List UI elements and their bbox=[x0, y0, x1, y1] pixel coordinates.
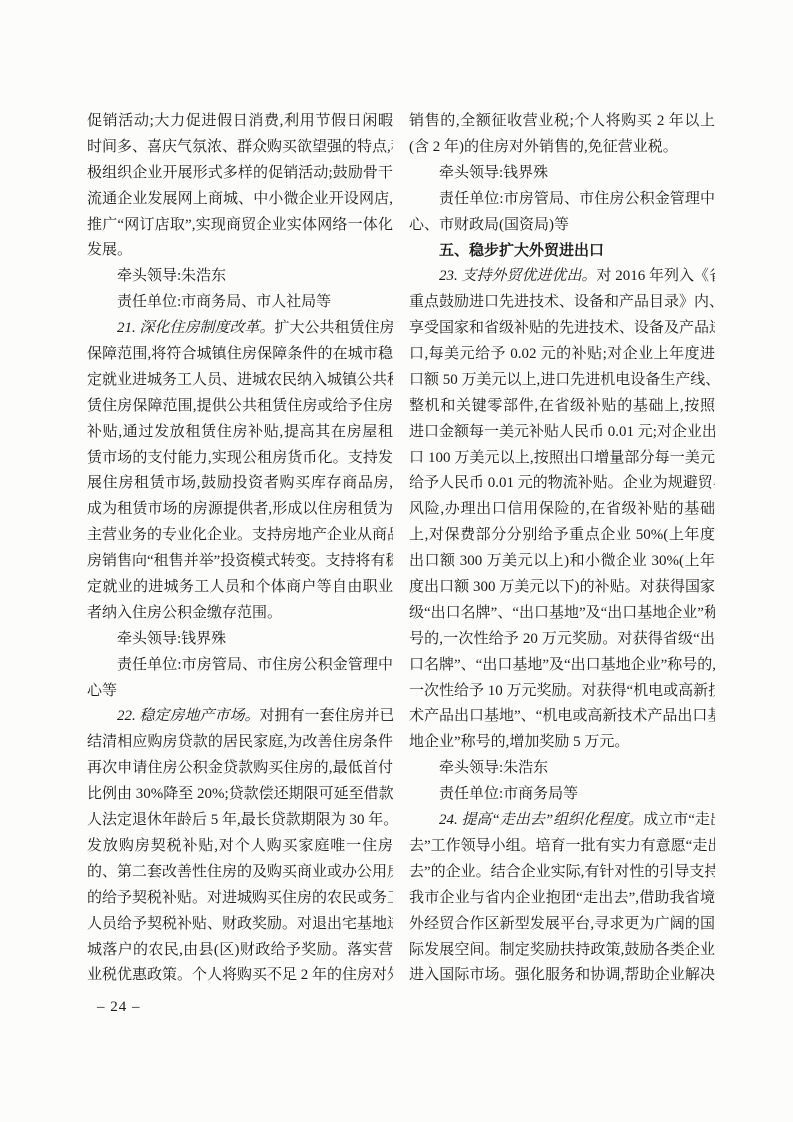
text-run: 口名牌”、“出口基地”及“出口基地企业”称号的, bbox=[409, 657, 715, 673]
right-text-column: 销售的,全额征收营业税;个人将购买 2 年以上(含 2 年)的住房对外销售的,免… bbox=[409, 109, 715, 989]
text-run: 的、第二套改善性住房的及购买商业或办公用房 bbox=[87, 864, 393, 880]
document-page: 促销活动;大力促进假日消费,利用节假日闲暇时间多、喜庆气氛浓、群众购买欲望强的特… bbox=[0, 0, 793, 1122]
text-run: 号的,一次性给予 20 万元奖励。对获得省级“出 bbox=[409, 631, 715, 647]
text-run: 进口金额每一美元补贴人民币 0.01 元;对企业出 bbox=[409, 424, 715, 440]
text-line: 发放购房契税补贴,对个人购买家庭唯一住房 bbox=[87, 834, 393, 860]
text-run: 赁市场的支付能力,实现公租房货币化。支持发 bbox=[87, 450, 393, 466]
text-line: 发展。 bbox=[87, 238, 393, 264]
text-line: 口名牌”、“出口基地”及“出口基地企业”称号的, bbox=[409, 653, 715, 679]
text-run: 发放购房契税补贴,对个人购买家庭唯一住房 bbox=[87, 838, 393, 854]
text-line: 补贴,通过发放租赁住房补贴,提高其在房屋租 bbox=[87, 420, 393, 446]
text-run: 重点鼓励进口先进技术、设备和产品目录》内、未 bbox=[409, 294, 715, 310]
text-line: 22. 稳定房地产市场。对拥有一套住房并已 bbox=[87, 704, 393, 730]
text-run: 心等 bbox=[87, 683, 117, 699]
text-run: 推广“网订店取”,实现商贸企业实体网络一体化 bbox=[87, 217, 393, 233]
text-run: 保障范围,将符合城镇住房保障条件的在城市稳 bbox=[87, 346, 393, 362]
text-line: 比例由 30%降至 20%;贷款偿还期限可延至借款 bbox=[87, 782, 393, 808]
text-line: 术产品出口基地”、“机电或高新技术产品出口基 bbox=[409, 704, 715, 730]
text-line: 给予人民币 0.01 元的物流补贴。企业为规避贸易 bbox=[409, 471, 715, 497]
text-run: 对 2016 年列入《省 bbox=[597, 268, 715, 284]
text-line: 心等 bbox=[87, 679, 393, 705]
text-run: 者纳入住房公积金缴存范围。 bbox=[87, 605, 282, 621]
text-run: 去”的企业。结合企业实际,有针对性的引导支持 bbox=[409, 864, 715, 880]
text-line: 牵头领导:朱浩东 bbox=[409, 756, 715, 782]
text-run: 展住房租赁市场,鼓励投资者购买库存商品房, bbox=[87, 475, 393, 491]
section-heading: 五、稳步扩大外贸进出口 bbox=[439, 242, 604, 259]
text-run: 扩大公共租赁住房 bbox=[275, 320, 393, 336]
text-run: 出口额 300 万美元以上)和小微企业 30%(上年 bbox=[409, 553, 715, 569]
text-run: 时间多、喜庆气氛浓、群众购买欲望强的特点,积 bbox=[87, 139, 393, 155]
text-line: 保障范围,将符合城镇住房保障条件的在城市稳 bbox=[87, 342, 393, 368]
text-line: 结清相应购房贷款的居民家庭,为改善住房条件 bbox=[87, 730, 393, 756]
text-run: 牵头领导:钱界殊 bbox=[439, 165, 548, 181]
text-line: 城落户的农民,由县(区)财政给予奖励。落实营 bbox=[87, 938, 393, 964]
text-run: 责任单位:市房管局、市住房公积金管理中 bbox=[117, 657, 393, 673]
text-run: 整机和关键零部件,在省级补贴的基础上,按照 bbox=[409, 398, 715, 414]
text-line: 一次性给予 10 万元奖励。对获得“机电或高新技 bbox=[409, 679, 715, 705]
text-line: 责任单位:市房管局、市住房公积金管理中 bbox=[87, 653, 393, 679]
item-title: 21. 深化住房制度改革。 bbox=[117, 320, 275, 336]
text-line: (含 2 年)的住房对外销售的,免征营业税。 bbox=[409, 135, 715, 161]
text-line: 口,每美元给予 0.02 元的补贴;对企业上年度进 bbox=[409, 342, 715, 368]
text-line: 上,对保费部分分别给予重点企业 50%(上年度 bbox=[409, 523, 715, 549]
text-line: 我市企业与省内企业抱团“走出去”,借助我省境 bbox=[409, 886, 715, 912]
text-run: 风险,办理出口信用保险的,在省级补贴的基础 bbox=[409, 501, 715, 517]
text-run: 口 100 万美元以上,按照出口增量部分每一美元 bbox=[409, 450, 715, 466]
text-run: 度出口额 300 万美元以下)的补贴。对获得国家 bbox=[409, 579, 715, 595]
text-line: 心、市财政局(国资局)等 bbox=[409, 213, 715, 239]
text-line: 口 100 万美元以上,按照出口增量部分每一美元 bbox=[409, 446, 715, 472]
text-line: 的、第二套改善性住房的及购买商业或办公用房 bbox=[87, 860, 393, 886]
text-run: 结清相应购房贷款的居民家庭,为改善住房条件 bbox=[87, 734, 393, 750]
text-line: 的给予契税补贴。对进城购买住房的农民或务工 bbox=[87, 886, 393, 912]
text-line: 流通企业发展网上商城、中小微企业开设网店, bbox=[87, 187, 393, 213]
text-line: 牵头领导:钱界殊 bbox=[409, 161, 715, 187]
text-run: 口额 50 万美元以上,进口先进机电设备生产线、 bbox=[409, 372, 715, 388]
text-run: 口,每美元给予 0.02 元的补贴;对企业上年度进 bbox=[409, 346, 715, 362]
text-line: 23. 支持外贸优进优出。对 2016 年列入《省 bbox=[409, 264, 715, 290]
text-line: 进口金额每一美元补贴人民币 0.01 元;对企业出 bbox=[409, 420, 715, 446]
text-run: 责任单位:市商务局等 bbox=[439, 786, 578, 802]
text-run: 流通企业发展网上商城、中小微企业开设网店, bbox=[87, 191, 393, 207]
text-run: 城落户的农民,由县(区)财政给予奖励。落实营 bbox=[87, 942, 393, 958]
text-line: 促销活动;大力促进假日消费,利用节假日闲暇 bbox=[87, 109, 393, 135]
text-line: 重点鼓励进口先进技术、设备和产品目录》内、未 bbox=[409, 290, 715, 316]
text-run: 主营业务的专业化企业。支持房地产企业从商品 bbox=[87, 527, 393, 543]
text-line: 口额 50 万美元以上,进口先进机电设备生产线、 bbox=[409, 368, 715, 394]
text-run: 进入国际市场。强化服务和协调,帮助企业解决 bbox=[409, 967, 715, 983]
text-line: 级“出口名牌”、“出口基地”及“出口基地企业”称 bbox=[409, 601, 715, 627]
text-run: 房销售向“租售并举”投资模式转变。支持将有稳 bbox=[87, 553, 393, 569]
item-title: 22. 稳定房地产市场。 bbox=[117, 708, 260, 724]
text-line: 享受国家和省级补贴的先进技术、设备及产品进 bbox=[409, 316, 715, 342]
text-line: 21. 深化住房制度改革。扩大公共租赁住房 bbox=[87, 316, 393, 342]
text-line: 时间多、喜庆气氛浓、群众购买欲望强的特点,积 bbox=[87, 135, 393, 161]
text-run: 外经贸合作区新型发展平台,寻求更为广阔的国 bbox=[409, 916, 715, 932]
text-line: 房销售向“租售并举”投资模式转变。支持将有稳 bbox=[87, 549, 393, 575]
text-line: 整机和关键零部件,在省级补贴的基础上,按照 bbox=[409, 394, 715, 420]
text-line: 主营业务的专业化企业。支持房地产企业从商品 bbox=[87, 523, 393, 549]
text-line: 外经贸合作区新型发展平台,寻求更为广阔的国 bbox=[409, 912, 715, 938]
text-run: 对拥有一套住房并已 bbox=[260, 708, 393, 724]
text-line: 风险,办理出口信用保险的,在省级补贴的基础 bbox=[409, 497, 715, 523]
text-line: 去”工作领导小组。培育一批有实力有意愿“走出 bbox=[409, 834, 715, 860]
text-run: 牵头领导:朱浩东 bbox=[117, 268, 226, 284]
item-title: 24. 提高“走出去”组织化程度。 bbox=[439, 812, 643, 828]
text-line: 去”的企业。结合企业实际,有针对性的引导支持 bbox=[409, 860, 715, 886]
text-line: 牵头领导:钱界殊 bbox=[87, 627, 393, 653]
text-run: 成为租赁市场的房源提供者,形成以住房租赁为 bbox=[87, 501, 393, 517]
text-run: 地企业”称号的,增加奖励 5 万元。 bbox=[409, 734, 629, 750]
text-run: 心、市财政局(国资局)等 bbox=[409, 217, 569, 233]
text-line: 责任单位:市商务局、市人社局等 bbox=[87, 290, 393, 316]
text-run: 责任单位:市商务局、市人社局等 bbox=[117, 294, 331, 310]
text-run: 发展。 bbox=[87, 242, 132, 258]
text-run: 一次性给予 10 万元奖励。对获得“机电或高新技 bbox=[409, 683, 715, 699]
text-run: 上,对保费部分分别给予重点企业 50%(上年度 bbox=[409, 527, 715, 543]
text-line: 展住房租赁市场,鼓励投资者购买库存商品房, bbox=[87, 471, 393, 497]
text-line: 定就业的进城务工人员和个体商户等自由职业 bbox=[87, 575, 393, 601]
text-run: 定就业进城务工人员、进城农民纳入城镇公共租 bbox=[87, 372, 393, 388]
text-run: 赁住房保障范围,提供公共租赁住房或给予住房 bbox=[87, 398, 393, 414]
text-run: 极组织企业开展形式多样的促销活动;鼓励骨干 bbox=[87, 165, 393, 181]
text-line: 进入国际市场。强化服务和协调,帮助企业解决 bbox=[409, 963, 715, 989]
text-run: 再次申请住房公积金贷款购买住房的,最低首付 bbox=[87, 760, 393, 776]
text-run: 际发展空间。制定奖励扶持政策,鼓励各类企业 bbox=[409, 942, 715, 958]
text-run: 牵头领导:朱浩东 bbox=[439, 760, 548, 776]
text-run: 去”工作领导小组。培育一批有实力有意愿“走出 bbox=[409, 838, 715, 854]
text-line: 际发展空间。制定奖励扶持政策,鼓励各类企业 bbox=[409, 938, 715, 964]
text-line: 销售的,全额征收营业税;个人将购买 2 年以上 bbox=[409, 109, 715, 135]
text-line: 度出口额 300 万美元以下)的补贴。对获得国家 bbox=[409, 575, 715, 601]
text-line: 赁住房保障范围,提供公共租赁住房或给予住房 bbox=[87, 394, 393, 420]
text-line: 地企业”称号的,增加奖励 5 万元。 bbox=[409, 730, 715, 756]
text-run: 责任单位:市房管局、市住房公积金管理中 bbox=[439, 191, 715, 207]
text-run: 我市企业与省内企业抱团“走出去”,借助我省境 bbox=[409, 890, 715, 906]
item-title: 23. 支持外贸优进优出。 bbox=[439, 268, 597, 284]
left-text-column: 促销活动;大力促进假日消费,利用节假日闲暇时间多、喜庆气氛浓、群众购买欲望强的特… bbox=[87, 109, 393, 989]
text-run: 牵头领导:钱界殊 bbox=[117, 631, 226, 647]
text-run: 术产品出口基地”、“机电或高新技术产品出口基 bbox=[409, 708, 715, 724]
text-line: 成为租赁市场的房源提供者,形成以住房租赁为 bbox=[87, 497, 393, 523]
text-line: 号的,一次性给予 20 万元奖励。对获得省级“出 bbox=[409, 627, 715, 653]
text-run: 补贴,通过发放租赁住房补贴,提高其在房屋租 bbox=[87, 424, 393, 440]
text-run: 销售的,全额征收营业税;个人将购买 2 年以上 bbox=[409, 113, 715, 129]
page-number: – 24 – bbox=[97, 999, 141, 1016]
text-run: 比例由 30%降至 20%;贷款偿还期限可延至借款 bbox=[87, 786, 393, 802]
text-line: 赁市场的支付能力,实现公租房货币化。支持发 bbox=[87, 446, 393, 472]
text-line: 业税优惠政策。个人将购买不足 2 年的住房对外 bbox=[87, 963, 393, 989]
text-line: 人员给予契税补贴、财政奖励。对退出宅基地进 bbox=[87, 912, 393, 938]
text-run: 的给予契税补贴。对进城购买住房的农民或务工 bbox=[87, 890, 393, 906]
text-line: 五、稳步扩大外贸进出口 bbox=[409, 238, 715, 264]
text-line: 出口额 300 万美元以上)和小微企业 30%(上年 bbox=[409, 549, 715, 575]
text-line: 责任单位:市房管局、市住房公积金管理中 bbox=[409, 187, 715, 213]
text-run: 成立市“走出 bbox=[643, 812, 715, 828]
text-run: 人法定退休年龄后 5 年,最长贷款期限为 30 年。 bbox=[87, 812, 393, 828]
text-line: 推广“网订店取”,实现商贸企业实体网络一体化 bbox=[87, 213, 393, 239]
text-line: 24. 提高“走出去”组织化程度。成立市“走出 bbox=[409, 808, 715, 834]
text-line: 者纳入住房公积金缴存范围。 bbox=[87, 601, 393, 627]
text-run: 促销活动;大力促进假日消费,利用节假日闲暇 bbox=[87, 113, 393, 129]
text-run: 给予人民币 0.01 元的物流补贴。企业为规避贸易 bbox=[409, 475, 715, 491]
text-run: 人员给予契税补贴、财政奖励。对退出宅基地进 bbox=[87, 916, 393, 932]
text-run: (含 2 年)的住房对外销售的,免征营业税。 bbox=[409, 139, 678, 155]
text-line: 人法定退休年龄后 5 年,最长贷款期限为 30 年。 bbox=[87, 808, 393, 834]
text-run: 定就业的进城务工人员和个体商户等自由职业 bbox=[87, 579, 393, 595]
text-run: 级“出口名牌”、“出口基地”及“出口基地企业”称 bbox=[409, 605, 715, 621]
text-run: 享受国家和省级补贴的先进技术、设备及产品进 bbox=[409, 320, 715, 336]
text-line: 再次申请住房公积金贷款购买住房的,最低首付 bbox=[87, 756, 393, 782]
text-line: 责任单位:市商务局等 bbox=[409, 782, 715, 808]
text-line: 牵头领导:朱浩东 bbox=[87, 264, 393, 290]
text-line: 定就业进城务工人员、进城农民纳入城镇公共租 bbox=[87, 368, 393, 394]
text-line: 极组织企业开展形式多样的促销活动;鼓励骨干 bbox=[87, 161, 393, 187]
text-run: 业税优惠政策。个人将购买不足 2 年的住房对外 bbox=[87, 967, 393, 983]
